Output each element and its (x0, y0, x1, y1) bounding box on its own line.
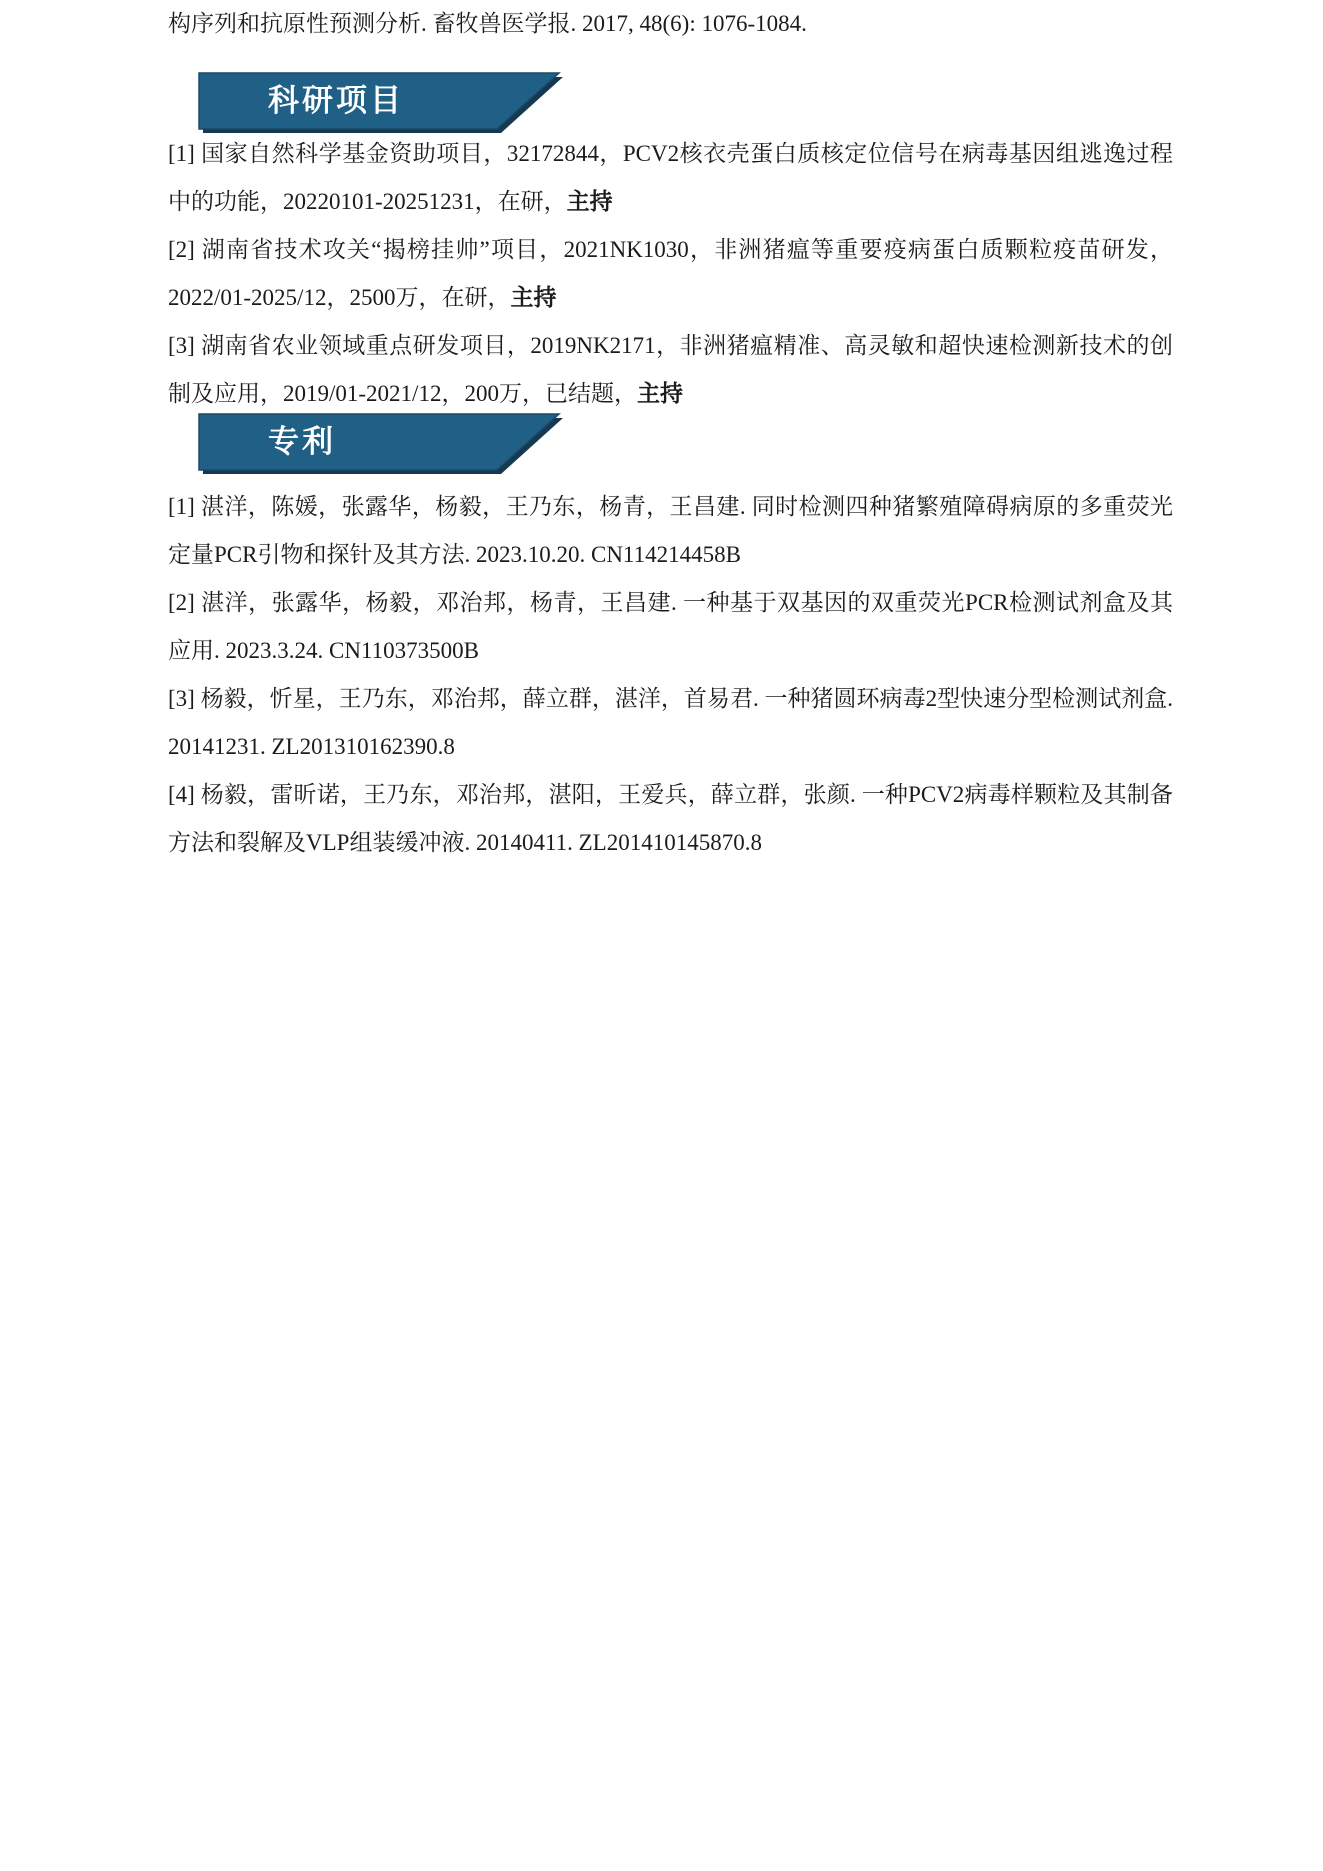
item-index: [4] (168, 782, 195, 807)
document-content: 构序列和抗原性预测分析. 畜牧兽医学报. 2017, 48(6): 1076-1… (168, 0, 1173, 867)
patent-item: [1] 湛洋，陈媛，张露华，杨毅，王乃东，杨青，王昌建. 同时检测四种猪繁殖障碍… (168, 483, 1173, 579)
document-page: 构序列和抗原性预测分析. 畜牧兽医学报. 2017, 48(6): 1076-1… (0, 0, 1323, 1871)
item-index: [1] (168, 494, 195, 519)
section-title-research: 科研项目 (268, 77, 404, 125)
patent-item: [2] 湛洋，张露华，杨毅，邓治邦，杨青，王昌建. 一种基于双基因的双重荧光PC… (168, 579, 1173, 675)
item-role-bold: 主持 (510, 285, 556, 310)
research-item: [2] 湖南省技术攻关“揭榜挂帅”项目，2021NK1030，非洲猪瘟等重要疫病… (168, 226, 1173, 322)
section-title-patents: 专利 (268, 418, 336, 466)
item-text: 湛洋，陈媛，张露华，杨毅，王乃东，杨青，王昌建. 同时检测四种猪繁殖障碍病原的多… (168, 494, 1173, 567)
item-index: [2] (168, 237, 195, 262)
item-text: 湛洋，张露华，杨毅，邓治邦，杨青，王昌建. 一种基于双基因的双重荧光PCR检测试… (168, 590, 1173, 663)
section-banner-patents: 专利 (198, 413, 566, 471)
item-index: [1] (168, 141, 195, 166)
patent-item: [3] 杨毅，忻星，王乃东，邓治邦，薛立群，湛洋，首易君. 一种猪圆环病毒2型快… (168, 675, 1173, 771)
section-banner-research: 科研项目 (198, 72, 566, 130)
item-text: 湖南省技术攻关“揭榜挂帅”项目，2021NK1030，非洲猪瘟等重要疫病蛋白质颗… (168, 237, 1173, 310)
item-index: [2] (168, 590, 195, 615)
publication-continuation-line: 构序列和抗原性预测分析. 畜牧兽医学报. 2017, 48(6): 1076-1… (168, 0, 1173, 48)
item-text: 杨毅，雷昕诺，王乃东，邓治邦，湛阳，王爱兵，薛立群，张颜. 一种PCV2病毒样颗… (168, 782, 1173, 855)
research-item: [1] 国家自然科学基金资助项目，32172844，PCV2核衣壳蛋白质核定位信… (168, 130, 1173, 226)
research-item: [3] 湖南省农业领域重点研发项目，2019NK2171，非洲猪瘟精准、高灵敏和… (168, 322, 1173, 418)
item-role-bold: 主持 (637, 381, 683, 406)
patent-item: [4] 杨毅，雷昕诺，王乃东，邓治邦，湛阳，王爱兵，薛立群，张颜. 一种PCV2… (168, 771, 1173, 867)
item-text: 国家自然科学基金资助项目，32172844，PCV2核衣壳蛋白质核定位信号在病毒… (168, 141, 1173, 214)
item-index: [3] (168, 333, 195, 358)
item-role-bold: 主持 (567, 189, 613, 214)
banner-flag-shape (198, 413, 566, 476)
item-index: [3] (168, 686, 195, 711)
item-text: 杨毅，忻星，王乃东，邓治邦，薛立群，湛洋，首易君. 一种猪圆环病毒2型快速分型检… (168, 686, 1173, 759)
